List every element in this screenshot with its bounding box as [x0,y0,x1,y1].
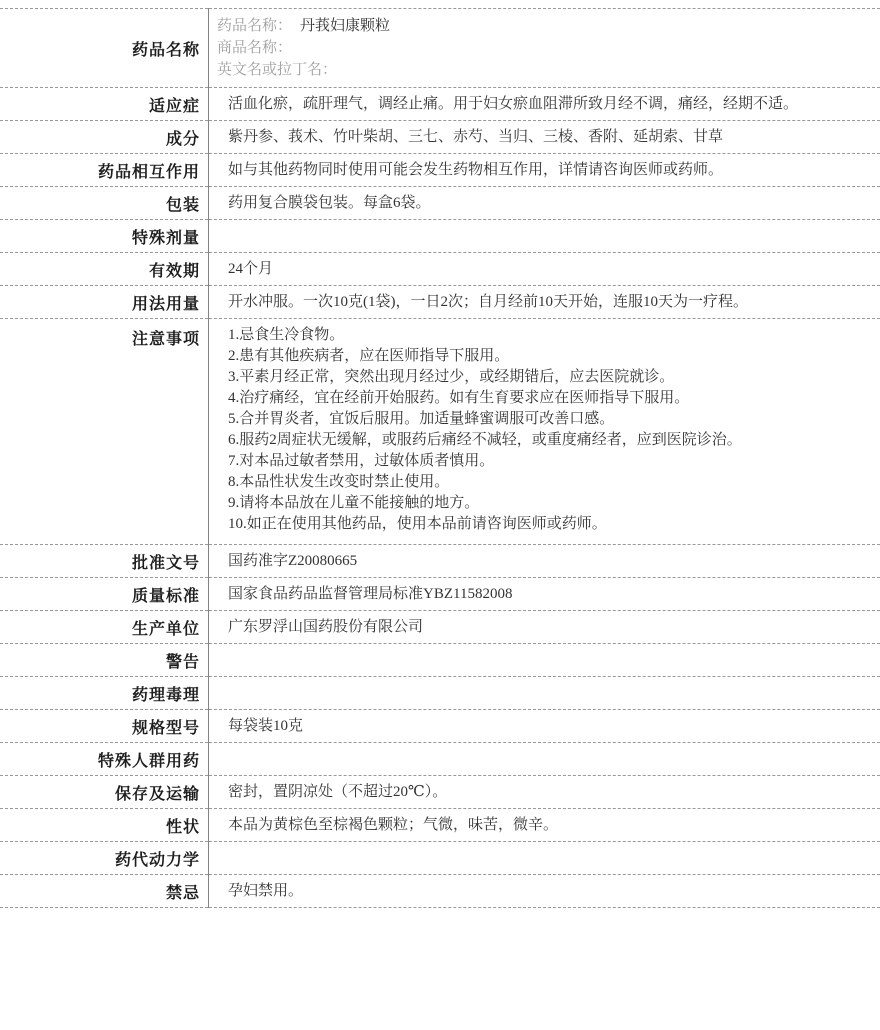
row-value-shelf-life: 24个月 [209,253,880,286]
precaution-item: 4.治疗痛经，宜在经前开始服药。如有生育要求应在医师指导下服用。 [228,388,874,409]
row-label-contraindications: 禁忌 [0,875,209,908]
row-value-pharmacokinetics [209,842,880,875]
row-value-storage-transport: 密封，置阴凉处（不超过20℃）。 [209,776,880,809]
row-shelf-life: 有效期 24个月 [0,253,880,286]
row-label-pharmacology-toxicology: 药理毒理 [0,677,209,710]
row-value-specification: 每袋装10克 [209,710,880,743]
precaution-item: 7.对本品过敏者禁用，过敏体质者慎用。 [228,451,874,472]
row-manufacturer: 生产单位 广东罗浮山国药股份有限公司 [0,611,880,644]
row-storage-transport: 保存及运输 密封，置阴凉处（不超过20℃）。 [0,776,880,809]
trade-name-line: 商品名称： [217,37,874,59]
english-name-line: 英文名或拉丁名： [217,59,874,81]
row-indications: 适应症 活血化瘀，疏肝理气，调经止痛。用于妇女瘀血阻滞所致月经不调，痛经，经期不… [0,88,880,121]
row-label-pharmacokinetics: 药代动力学 [0,842,209,875]
row-label-storage-transport: 保存及运输 [0,776,209,809]
precaution-item: 9.请将本品放在儿童不能接触的地方。 [228,493,874,514]
row-usage-dosage: 用法用量 开水冲服。一次10克(1袋)，一日2次；自月经前10天开始，连服10天… [0,286,880,319]
row-label-packaging: 包装 [0,187,209,220]
row-specification: 规格型号 每袋装10克 [0,710,880,743]
row-special-population: 特殊人群用药 [0,743,880,776]
row-value-pharmacology-toxicology [209,677,880,710]
row-packaging: 包装 药用复合膜袋包装。每盒6袋。 [0,187,880,220]
row-drug-name: 药品名称 药品名称：丹莪妇康颗粒 商品名称： 英文名或拉丁名： [0,9,880,88]
row-properties: 性状 本品为黄棕色至棕褐色颗粒；气微，味苦，微辛。 [0,809,880,842]
row-value-properties: 本品为黄棕色至棕褐色颗粒；气微，味苦，微辛。 [209,809,880,842]
row-pharmacology-toxicology: 药理毒理 [0,677,880,710]
precaution-item: 2.患有其他疾病者，应在医师指导下服用。 [228,346,874,367]
drug-info-page: 药品名称 药品名称：丹莪妇康颗粒 商品名称： 英文名或拉丁名： 适应症 活血化瘀… [0,0,880,908]
precaution-item: 8.本品性状发生改变时禁止使用。 [228,472,874,493]
row-value-approval-number: 国药准字Z20080665 [209,545,880,578]
precaution-item: 5.合并胃炎者，宜饭后服用。加适量蜂蜜调服可改善口感。 [228,409,874,430]
row-approval-number: 批准文号 国药准字Z20080665 [0,545,880,578]
row-value-contraindications: 孕妇禁用。 [209,875,880,908]
row-label-special-population: 特殊人群用药 [0,743,209,776]
row-label-special-dosage: 特殊剂量 [0,220,209,253]
row-label-shelf-life: 有效期 [0,253,209,286]
drug-info-table: 药品名称 药品名称：丹莪妇康颗粒 商品名称： 英文名或拉丁名： 适应症 活血化瘀… [0,8,880,908]
row-label-interactions: 药品相互作用 [0,154,209,187]
row-special-dosage: 特殊剂量 [0,220,880,253]
precaution-item: 10.如正在使用其他药品，使用本品前请咨询医师或药师。 [228,514,874,535]
drug-name-key: 药品名称： [217,18,292,34]
drug-name-line: 药品名称：丹莪妇康颗粒 [217,15,874,37]
row-quality-standard: 质量标准 国家食品药品监督管理局标准YBZ11582008 [0,578,880,611]
row-ingredients: 成分 紫丹参、莪术、竹叶柴胡、三七、赤芍、当归、三棱、香附、延胡索、甘草 [0,121,880,154]
row-value-precautions: 1.忌食生冷食物。 2.患有其他疾病者，应在医师指导下服用。 3.平素月经正常，… [209,319,880,545]
row-label-warning: 警告 [0,644,209,677]
precaution-item: 3.平素月经正常，突然出现月经过少，或经期错后，应去医院就诊。 [228,367,874,388]
row-pharmacokinetics: 药代动力学 [0,842,880,875]
precaution-item: 6.服药2周症状无缓解，或服药后痛经不减轻，或重度痛经者，应到医院诊治。 [228,430,874,451]
row-label-indications: 适应症 [0,88,209,121]
row-warning: 警告 [0,644,880,677]
row-label-ingredients: 成分 [0,121,209,154]
row-value-warning [209,644,880,677]
row-label-quality-standard: 质量标准 [0,578,209,611]
row-label-drug-name: 药品名称 [0,9,209,88]
row-label-precautions: 注意事项 [0,319,209,545]
row-value-special-population [209,743,880,776]
trade-name-key: 商品名称： [217,40,292,56]
row-contraindications: 禁忌 孕妇禁用。 [0,875,880,908]
row-value-indications: 活血化瘀，疏肝理气，调经止痛。用于妇女瘀血阻滞所致月经不调，痛经，经期不适。 [209,88,880,121]
precaution-item: 1.忌食生冷食物。 [228,325,874,346]
row-precautions: 注意事项 1.忌食生冷食物。 2.患有其他疾病者，应在医师指导下服用。 3.平素… [0,319,880,545]
row-value-usage-dosage: 开水冲服。一次10克(1袋)，一日2次；自月经前10天开始，连服10天为一疗程。 [209,286,880,319]
row-value-manufacturer: 广东罗浮山国药股份有限公司 [209,611,880,644]
row-value-drug-name: 药品名称：丹莪妇康颗粒 商品名称： 英文名或拉丁名： [209,9,880,88]
row-value-ingredients: 紫丹参、莪术、竹叶柴胡、三七、赤芍、当归、三棱、香附、延胡索、甘草 [209,121,880,154]
row-value-special-dosage [209,220,880,253]
english-name-key: 英文名或拉丁名： [217,62,337,78]
row-label-properties: 性状 [0,809,209,842]
row-value-interactions: 如与其他药物同时使用可能会发生药物相互作用，详情请咨询医师或药师。 [209,154,880,187]
row-label-specification: 规格型号 [0,710,209,743]
row-value-quality-standard: 国家食品药品监督管理局标准YBZ11582008 [209,578,880,611]
drug-name-value: 丹莪妇康颗粒 [300,18,390,34]
row-interactions: 药品相互作用 如与其他药物同时使用可能会发生药物相互作用，详情请咨询医师或药师。 [0,154,880,187]
row-label-approval-number: 批准文号 [0,545,209,578]
row-value-packaging: 药用复合膜袋包装。每盒6袋。 [209,187,880,220]
row-label-manufacturer: 生产单位 [0,611,209,644]
row-label-usage-dosage: 用法用量 [0,286,209,319]
